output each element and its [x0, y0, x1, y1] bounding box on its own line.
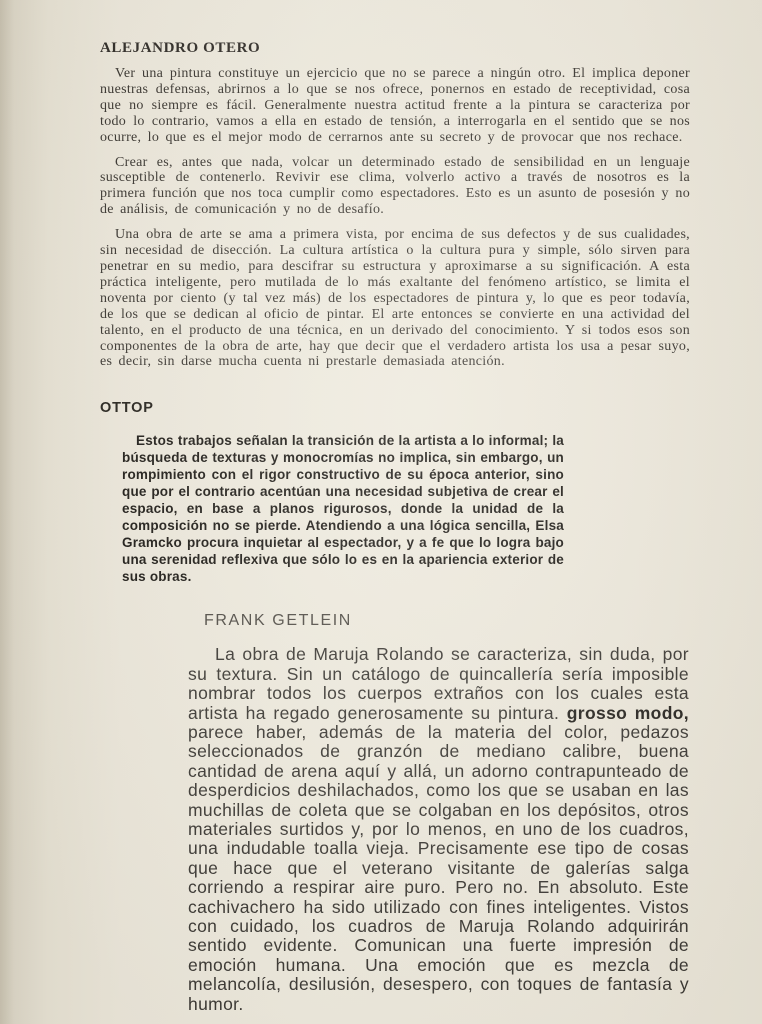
heading-alejandro-otero: ALEJANDRO OTERO — [100, 40, 690, 57]
otero-paragraph-3: Una obra de arte se ama a primera vista,… — [100, 227, 690, 370]
getlein-paragraph: La obra de Maruja Rolando se caracteriza… — [188, 645, 689, 1014]
getlein-text-after-bold: parece haber, además de la materia del c… — [188, 722, 689, 1014]
otero-paragraph-1: Ver una pintura constituye un ejercicio … — [100, 66, 690, 146]
heading-frank-getlein: FRANK GETLEIN — [204, 612, 690, 630]
getlein-bold-phrase: grosso modo, — [567, 703, 689, 723]
scanned-document-page: ALEJANDRO OTERO Ver una pintura constitu… — [0, 0, 762, 1024]
ottop-quote-paragraph: Estos trabajos señalan la transición de … — [122, 432, 564, 585]
otero-paragraph-2: Crear es, antes que nada, volcar un dete… — [100, 155, 690, 219]
heading-ottop: OTTOP — [100, 400, 690, 416]
